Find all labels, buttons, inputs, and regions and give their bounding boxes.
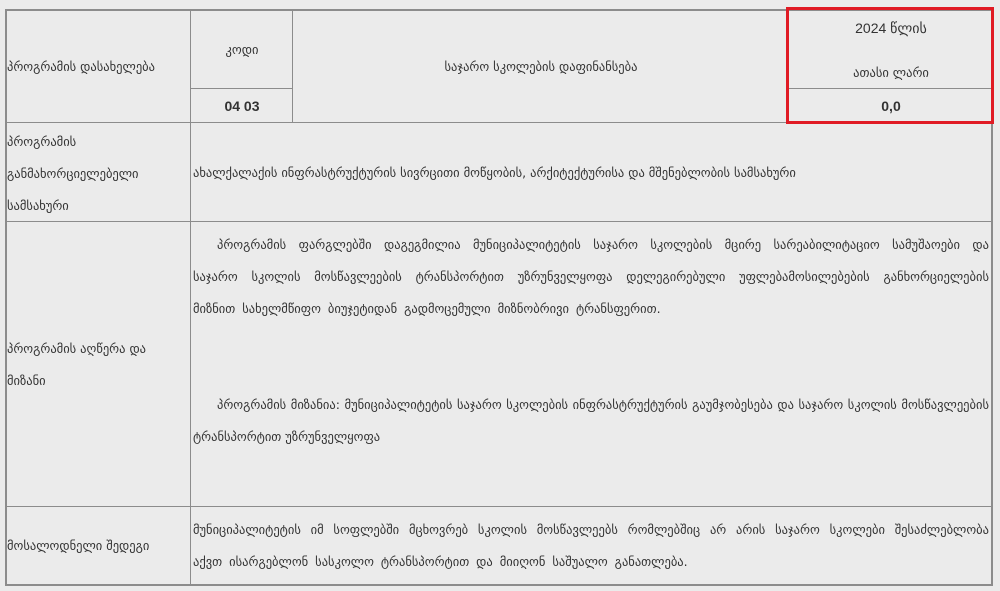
expected-result-text: მუნიციპალიტეტის იმ სოფლებში მცხოვრებ სკო… bbox=[193, 514, 989, 578]
description-paragraph: პროგრამის ფარგლებში დაგეგმილია მუნიციპალ… bbox=[193, 229, 989, 325]
code-value-text: 04 03 bbox=[224, 90, 259, 122]
unit-label-text: ათასი ლარი bbox=[853, 57, 929, 89]
code-label: კოდი bbox=[192, 11, 292, 88]
implementer-value: ახალქალაქის ინფრასტრუქტურის სივრცითი მოწ… bbox=[193, 124, 991, 221]
expected-result-label-text: მოსალოდნელი შედეგი bbox=[7, 530, 149, 562]
code-label-text: კოდი bbox=[226, 34, 259, 66]
divider bbox=[292, 9, 293, 122]
divider bbox=[5, 122, 993, 123]
program-title: საჯარო სკოლების დაფინანსება bbox=[294, 11, 788, 122]
implementer-label: პროგრამის განმახორციელებელი სამსახური bbox=[7, 124, 189, 221]
unit-label: ათასი ლარი bbox=[790, 58, 992, 88]
description-label-line: პროგრამის აღწერა და bbox=[7, 333, 146, 365]
description-value: პროგრამის ფარგლებში დაგეგმილია მუნიციპალ… bbox=[193, 229, 991, 506]
amount-value-text: 0,0 bbox=[881, 90, 900, 122]
divider bbox=[190, 9, 191, 586]
program-name-label: პროგრამის დასახელება bbox=[7, 11, 189, 122]
year-label: 2024 წლის bbox=[790, 12, 992, 44]
implementer-value-text: ახალქალაქის ინფრასტრუქტურის სივრცითი მოწ… bbox=[193, 157, 796, 189]
program-name-label-text: პროგრამის დასახელება bbox=[7, 51, 155, 83]
expected-result-value: მუნიციპალიტეტის იმ სოფლებში მცხოვრებ სკო… bbox=[193, 508, 991, 584]
divider bbox=[5, 506, 993, 507]
description-label-line: მიზანი bbox=[7, 365, 146, 397]
implementer-label-line: სამსახური bbox=[7, 190, 189, 222]
divider bbox=[788, 9, 789, 122]
implementer-label-line: განმახორციელებელი bbox=[7, 158, 189, 190]
year-label-text: 2024 წლის bbox=[855, 12, 927, 44]
description-label: პროგრამის აღწერა და მიზანი bbox=[7, 223, 189, 506]
expected-result-label: მოსალოდნელი შედეგი bbox=[7, 508, 189, 584]
amount-value: 0,0 bbox=[790, 89, 992, 122]
code-value: 04 03 bbox=[192, 89, 292, 122]
program-title-text: საჯარო სკოლების დაფინანსება bbox=[445, 51, 638, 83]
implementer-label-line: პროგრამის bbox=[7, 126, 189, 158]
goal-paragraph: პროგრამის მიზანია: მუნიციპალიტეტის საჯარ… bbox=[193, 389, 989, 453]
